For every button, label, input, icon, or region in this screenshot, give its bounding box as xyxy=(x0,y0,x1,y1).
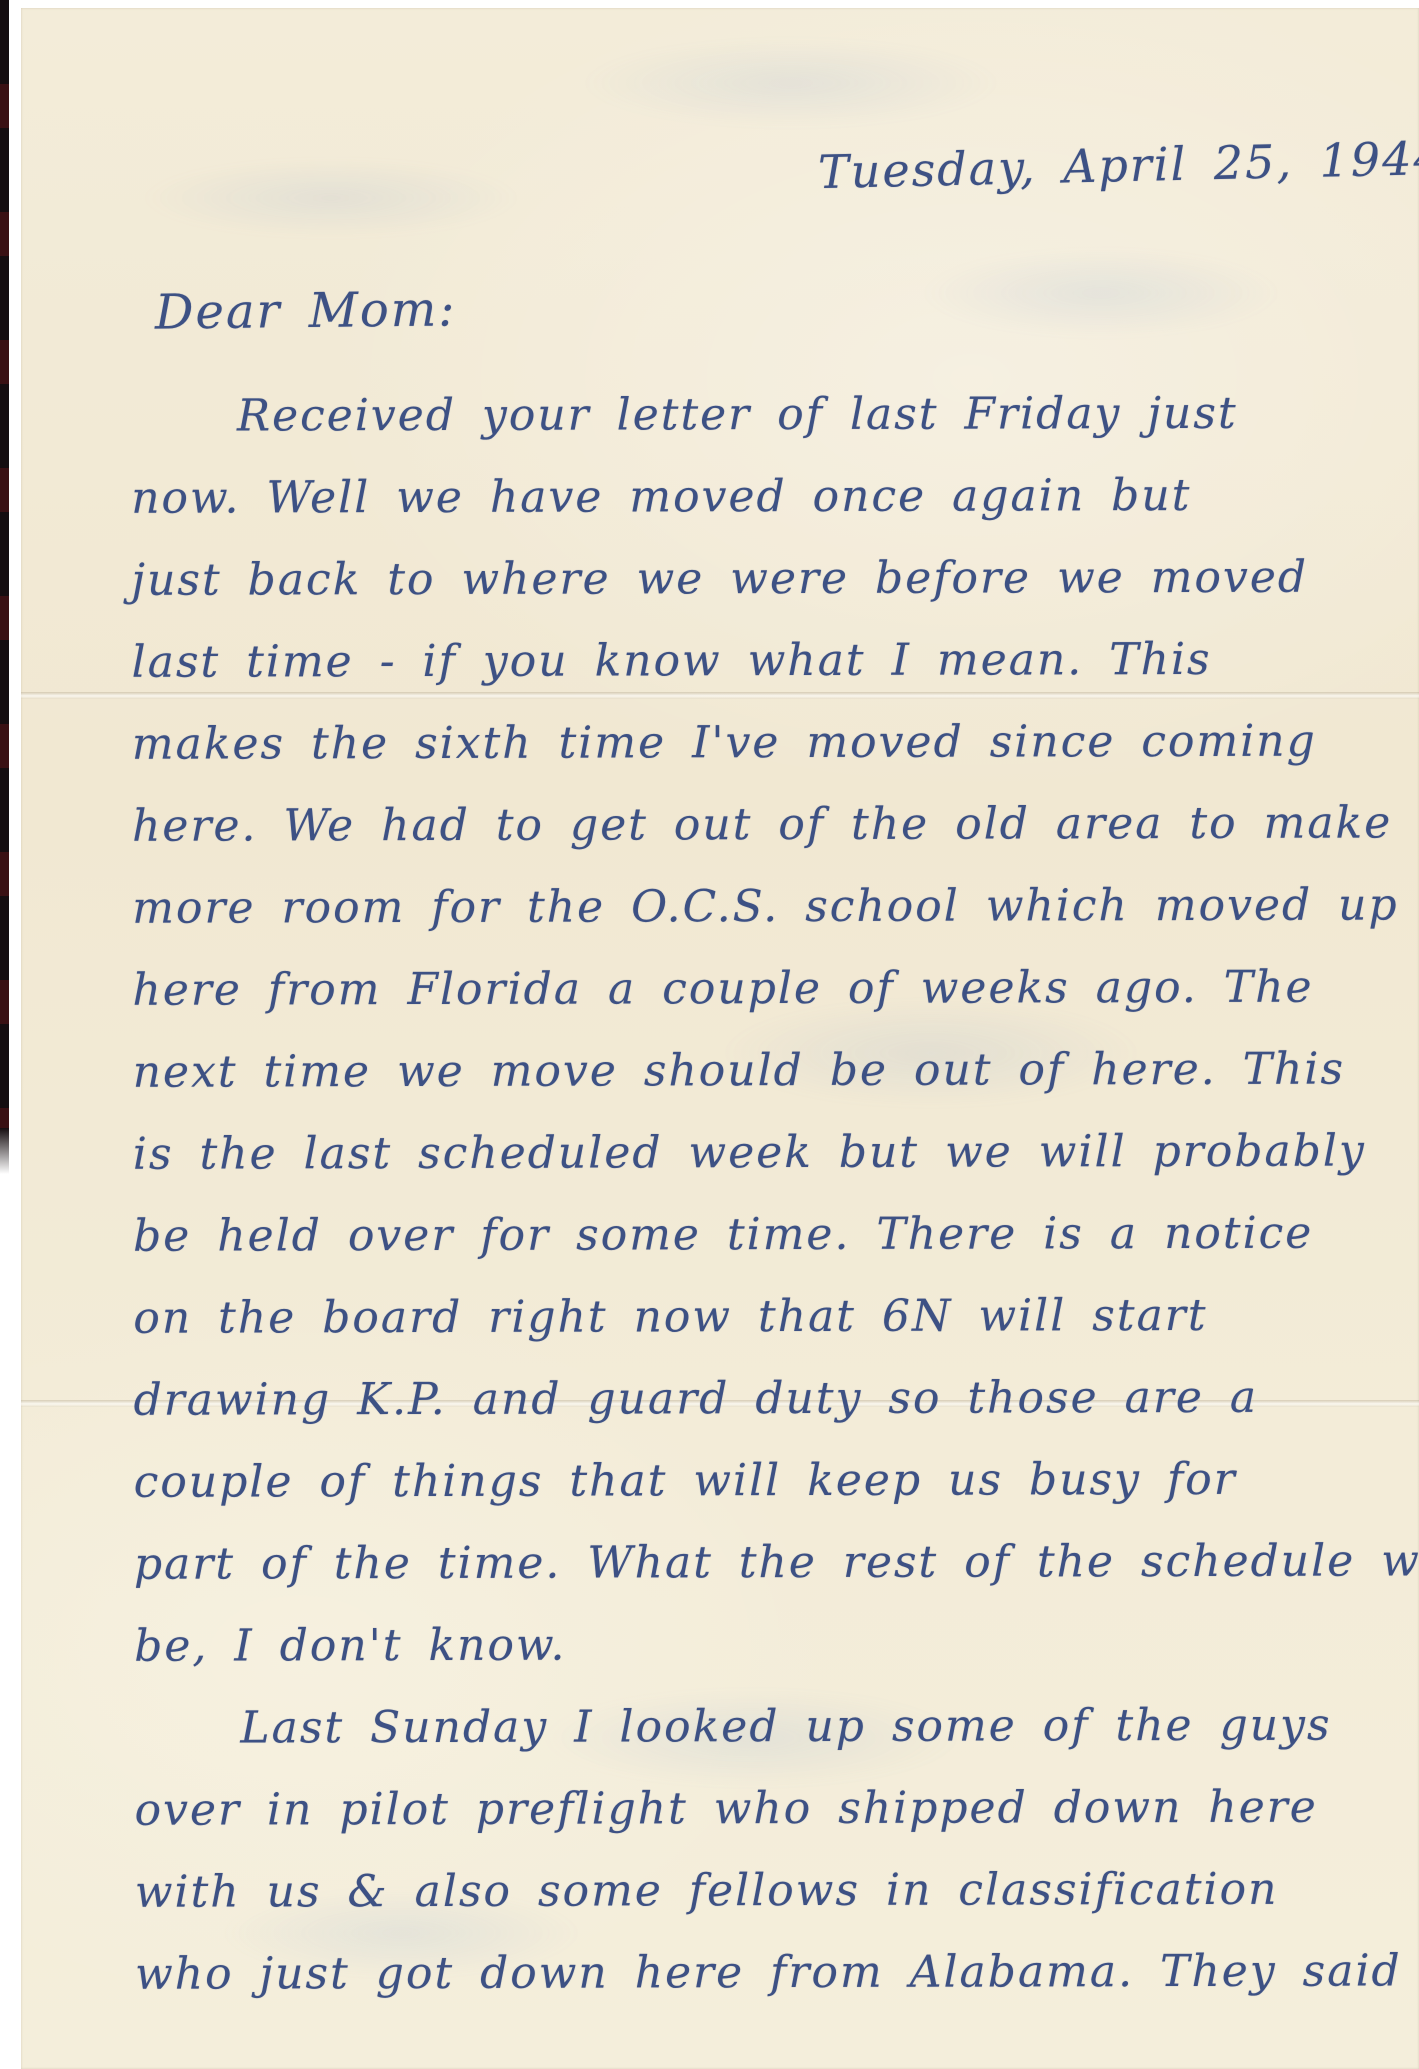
ink-showthrough xyxy=(581,38,1001,128)
letter-line: here. We had to get out of the old area … xyxy=(132,782,1419,867)
scanner-film-strip xyxy=(0,0,9,1128)
letter-line: be, I don't know. xyxy=(134,1602,1419,1687)
letter-line: is the last scheduled week but we will p… xyxy=(133,1110,1419,1195)
letter-line: more room for the O.C.S. school which mo… xyxy=(132,864,1419,949)
letter-line: next time we move should be out of here.… xyxy=(133,1028,1419,1113)
letter-line: last time - if you know what I mean. Thi… xyxy=(131,618,1419,703)
letter-line: now. Well we have moved once again but xyxy=(131,454,1419,539)
letter-line: makes the sixth time I've moved since co… xyxy=(132,700,1419,785)
letter-line: over in pilot preflight who shipped down… xyxy=(135,1766,1419,1851)
letter-date: Tuesday, April 25, 1944 xyxy=(817,131,1419,199)
letter-line: couple of things that will keep us busy … xyxy=(134,1438,1419,1523)
scanned-letter: Tuesday, April 25, 1944 Dear Mom: Receiv… xyxy=(0,0,1419,2069)
letter-body: Received your letter of last Friday just… xyxy=(131,372,1419,2015)
letter-line: Received your letter of last Friday just xyxy=(131,372,1419,457)
letter-page: Tuesday, April 25, 1944 Dear Mom: Receiv… xyxy=(21,8,1419,2069)
letter-line: here from Florida a couple of weeks ago.… xyxy=(132,946,1419,1031)
ink-showthrough xyxy=(141,158,521,238)
letter-line: with us & also some fellows in classific… xyxy=(135,1848,1419,1933)
letter-salutation: Dear Mom: xyxy=(155,281,457,340)
letter-line: just back to where we were before we mov… xyxy=(131,536,1419,621)
letter-line: part of the time. What the rest of the s… xyxy=(134,1520,1419,1605)
letter-line: Last Sunday I looked up some of the guys xyxy=(134,1684,1419,1769)
ink-showthrough xyxy=(921,248,1281,338)
letter-line: on the board right now that 6N will star… xyxy=(133,1274,1419,1359)
letter-line: who just got down here from Alabama. The… xyxy=(135,1930,1419,2015)
letter-line: drawing K.P. and guard duty so those are… xyxy=(133,1356,1419,1441)
letter-line: be held over for some time. There is a n… xyxy=(133,1192,1419,1277)
